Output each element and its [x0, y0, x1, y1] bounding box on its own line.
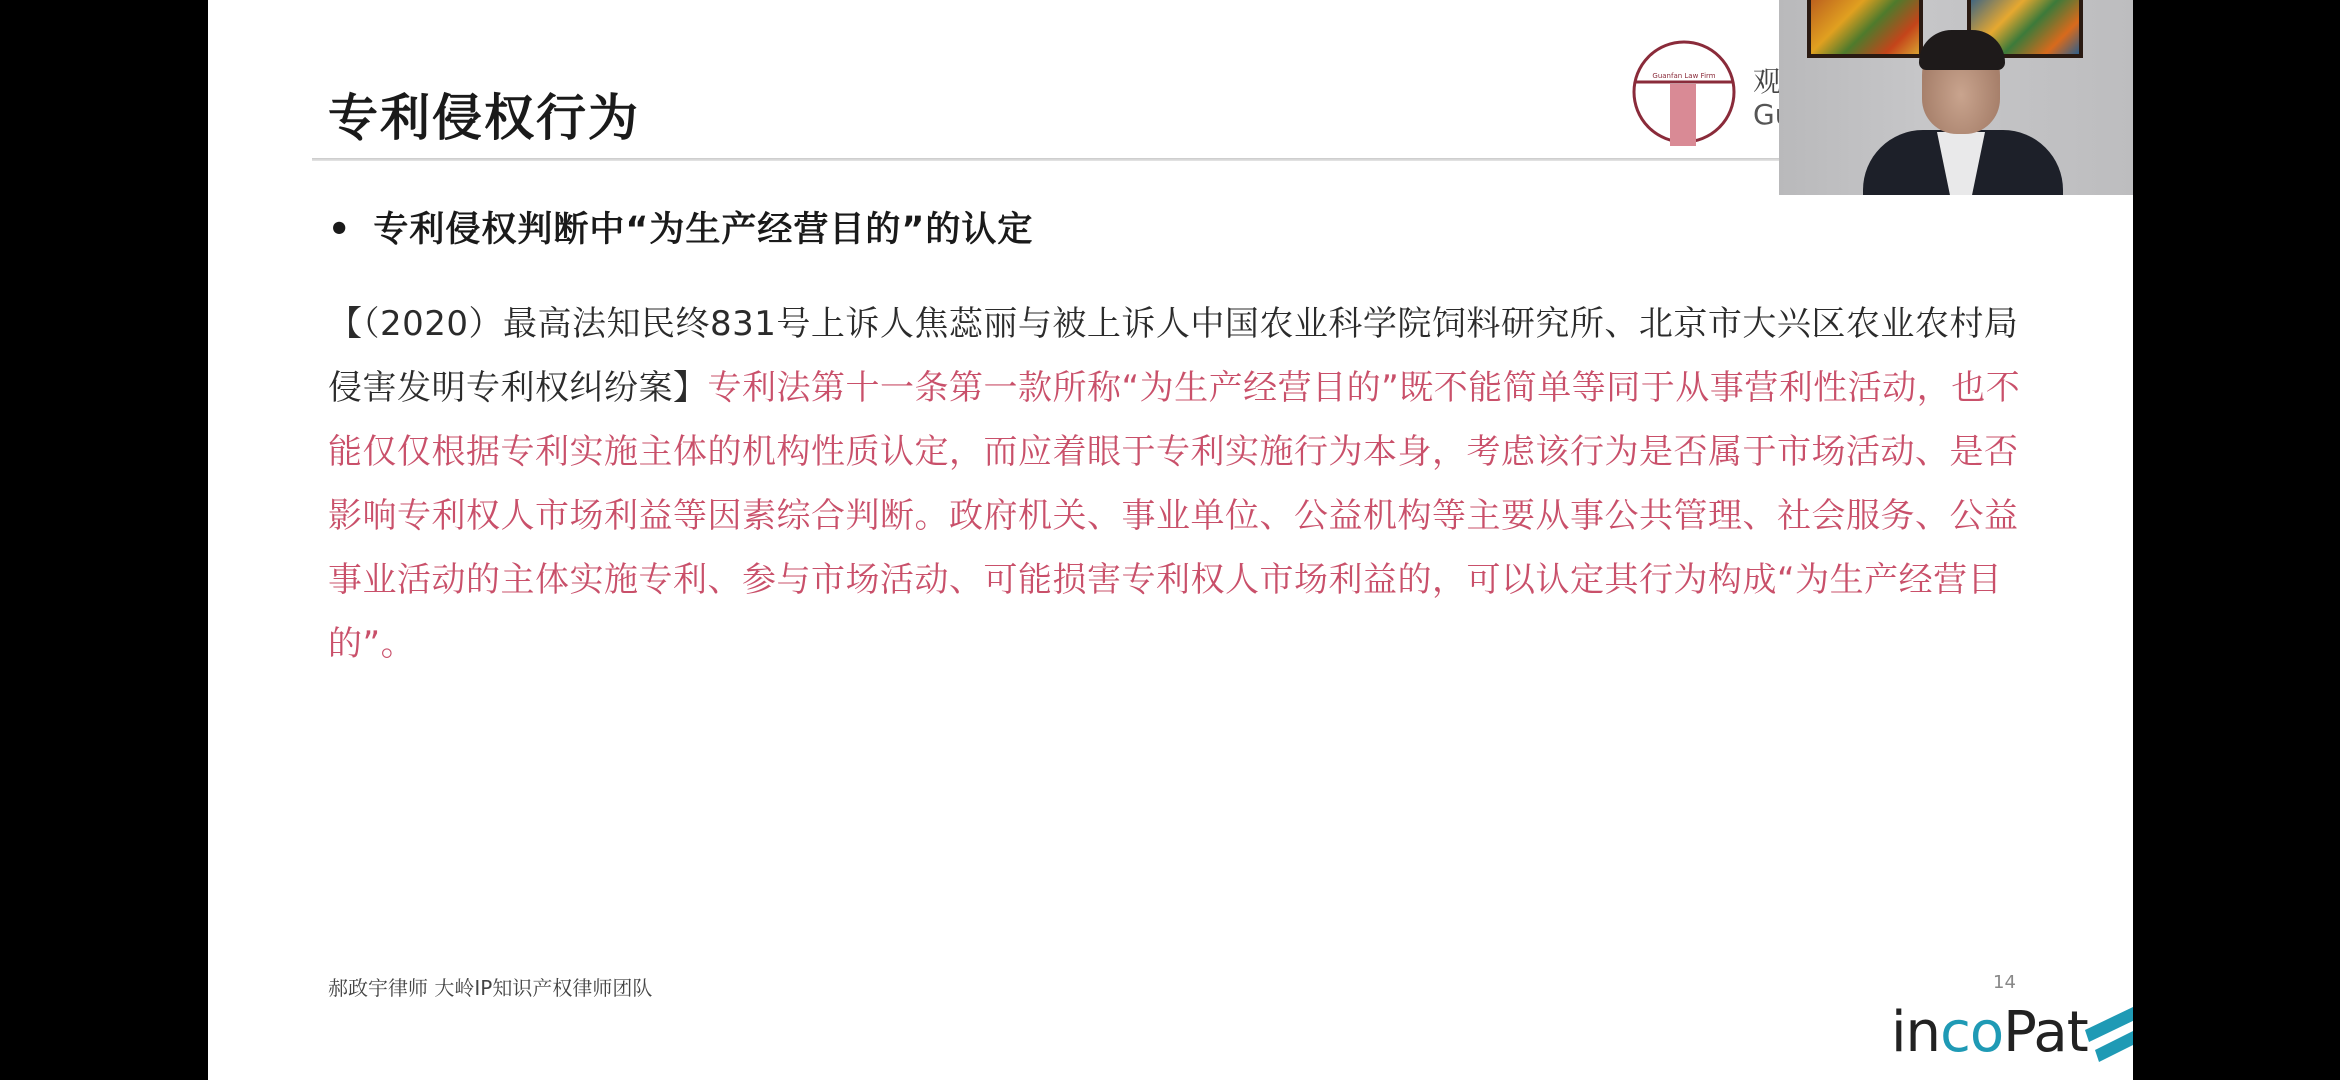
painting-left	[1807, 0, 1923, 58]
page-number: 14	[1993, 972, 2016, 993]
bullet-heading: •专利侵权判断中“为生产经营目的”的认定	[328, 202, 1033, 252]
slide-title: 专利侵权行为	[328, 78, 640, 150]
incopat-logo-text: incoPat	[1891, 1000, 2088, 1065]
court-holding: 专利法第十一条第一款所称“为生产经营目的”既不能简单等同于从事营利性活动，也不能…	[328, 368, 2020, 664]
bullet-icon: •	[328, 210, 351, 250]
incopat-watermark: incoPat	[1891, 1000, 2133, 1080]
logo-name-cn: 观	[1753, 60, 1781, 100]
presentation-viewer: 专利侵权行为 Guanfan Law Firm 观 Gu •专利侵权判断中“为生…	[0, 0, 2340, 1080]
bullet-text: 专利侵权判断中“为生产经营目的”的认定	[373, 210, 1033, 250]
law-firm-logo-icon: Guanfan Law Firm	[1626, 36, 1746, 148]
footer-author: 郝政宇律师 大岭IP知识产权律师团队	[328, 972, 652, 1001]
incopat-stripes-icon	[2081, 1000, 2133, 1070]
presenter-hair	[1919, 30, 2005, 70]
presenter-webcam	[1779, 0, 2133, 195]
title-divider	[312, 158, 1912, 161]
body-paragraph: 【（2020）最高法知民终831号上诉人焦蕊丽与被上诉人中国农业科学院饲料研究所…	[328, 292, 2028, 676]
svg-text:Guanfan Law Firm: Guanfan Law Firm	[1652, 72, 1715, 80]
